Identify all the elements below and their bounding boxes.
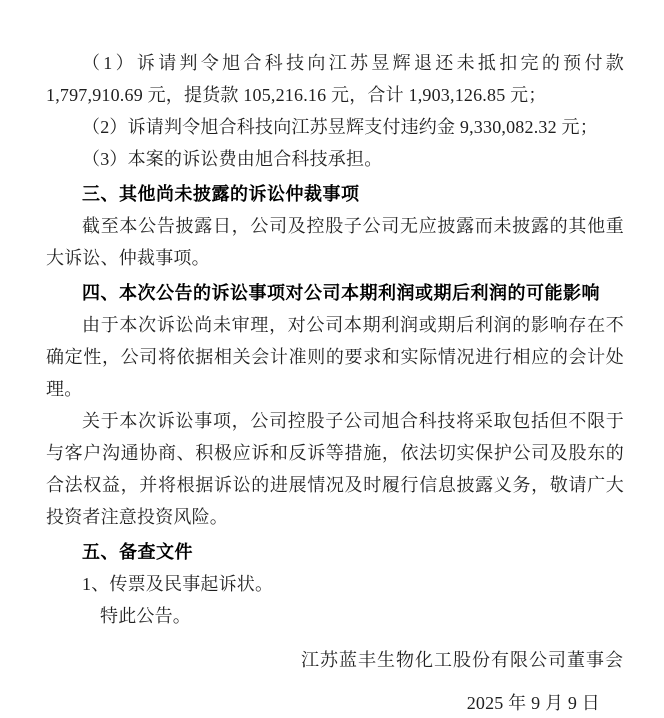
paragraph-heading-5: 四、本次公告的诉讼事项对公司本期利润或期后利润的可能影响 (46, 277, 624, 309)
paragraph-date-12: 2025 年 9 月 9 日 (46, 687, 624, 718)
paragraph-heading-8: 五、备查文件 (46, 536, 624, 568)
paragraph-body-4: 截至本公告披露日，公司及控股子公司无应披露而未披露的其他重大诉讼、仲裁事项。 (46, 210, 624, 274)
paragraph-signature-11: 江苏蓝丰生物化工股份有限公司董事会 (46, 644, 624, 676)
document-body: （1）诉请判令旭合科技向江苏昱辉退还未抵扣完的预付款 1,797,910.69 … (46, 47, 624, 718)
paragraph-body-2: （3）本案的诉讼费由旭合科技承担。 (46, 143, 624, 175)
paragraph-body-1: （2）诉请判令旭合科技向江苏昱辉支付违约金 9,330,082.32 元； (46, 111, 624, 143)
paragraph-body-9: 1、传票及民事起诉状。 (46, 568, 624, 600)
paragraph-body-0: （1）诉请判令旭合科技向江苏昱辉退还未抵扣完的预付款 1,797,910.69 … (46, 47, 624, 111)
announcement-document: （1）诉请判令旭合科技向江苏昱辉退还未抵扣完的预付款 1,797,910.69 … (0, 0, 664, 718)
paragraph-closing-10: 特此公告。 (46, 600, 624, 632)
paragraph-body-7: 关于本次诉讼事项，公司控股子公司旭合科技将采取包括但不限于与客户沟通协商、积极应… (46, 405, 624, 533)
paragraph-body-6: 由于本次诉讼尚未审理，对公司本期利润或期后利润的影响存在不确定性，公司将依据相关… (46, 309, 624, 405)
paragraph-heading-3: 三、其他尚未披露的诉讼仲裁事项 (46, 178, 624, 210)
page: { "colors": { "background": "#ffffff", "… (0, 0, 664, 718)
